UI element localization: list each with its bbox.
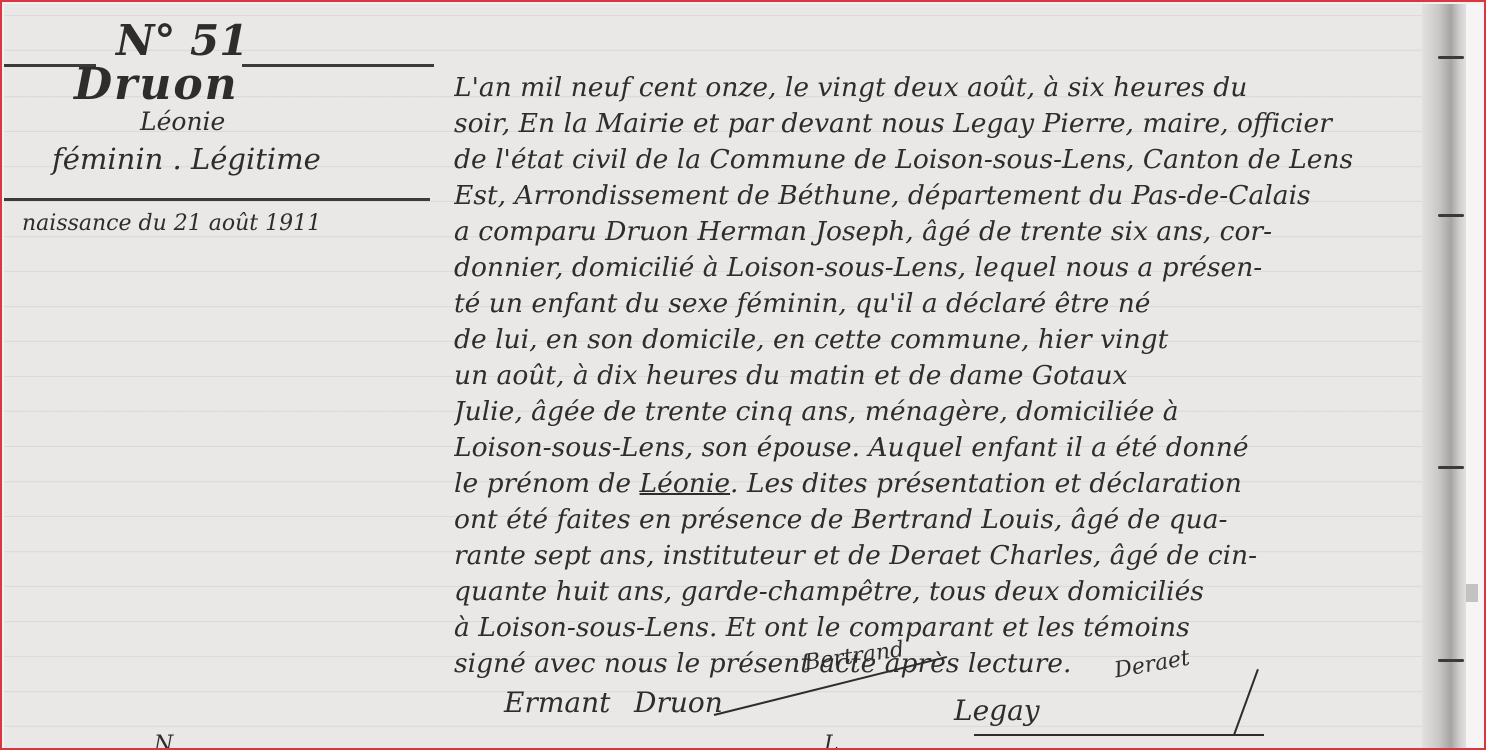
signature-legay-flourish [974, 734, 1264, 736]
prenom-prefix: le prénom de [454, 468, 640, 499]
record-sex-status: féminin . Légitime [52, 142, 321, 176]
prenom-name-underlined: Léonie [640, 468, 730, 499]
act-line: Est, Arrondissement de Béthune, départem… [454, 178, 1444, 214]
margin-column: N° 51 Druon Léonie féminin . Légitime na… [4, 4, 434, 750]
vertical-scrollbar[interactable] [1466, 4, 1482, 750]
act-line: donnier, domicilié à Loison-sous-Lens, l… [454, 250, 1444, 286]
act-line: rante sept ans, instituteur et de Deraet… [454, 538, 1444, 574]
next-record-text-partial: L [824, 732, 839, 750]
act-line: de l'état civil de la Commune de Loison-… [454, 142, 1444, 178]
act-line: de lui, en son domicile, en cette commun… [454, 322, 1444, 358]
act-line: L'an mil neuf cent onze, le vingt deux a… [454, 70, 1444, 106]
signature-legay: Legay [954, 694, 1040, 727]
next-record-number-partial: N [154, 732, 173, 750]
act-line: à Loison-sous-Lens. Et ont le comparant … [454, 610, 1444, 646]
birth-act-text: L'an mil neuf cent onze, le vingt deux a… [454, 70, 1444, 682]
binding-stitch-mark [1438, 659, 1464, 662]
binding-stitch-mark [1438, 466, 1464, 469]
register-page-scan: N° 51 Druon Léonie féminin . Légitime na… [4, 4, 1470, 750]
scrollbar-thumb[interactable] [1466, 584, 1478, 602]
record-surname: Druon [74, 59, 239, 110]
signature-ermant: Ermant [504, 686, 610, 719]
record-first-name: Léonie [140, 107, 225, 136]
page-binding-gutter [1422, 4, 1470, 750]
act-line: un août, à dix heures du matin et de dam… [454, 358, 1444, 394]
signature-final-stroke [1233, 669, 1259, 735]
prenom-suffix: . Les dites présentation et déclaration [730, 468, 1242, 499]
signature-druon: Druon [634, 686, 723, 719]
margin-rule-top-right [242, 64, 434, 67]
margin-rule-bottom [4, 198, 430, 201]
record-number: N° 51 [116, 16, 248, 65]
act-line-prenom: le prénom de Léonie. Les dites présentat… [454, 466, 1444, 502]
act-line: ont été faites en présence de Bertrand L… [454, 502, 1444, 538]
act-line: té un enfant du sexe féminin, qu'il a dé… [454, 286, 1444, 322]
signatures-block: Ermant Druon Bertrand Legay Deraet [474, 644, 1374, 750]
act-line: quante huit ans, garde-champêtre, tous d… [454, 574, 1444, 610]
document-viewer-frame: N° 51 Druon Léonie féminin . Légitime na… [0, 0, 1486, 750]
margin-birth-note: naissance du 21 août 1911 [22, 211, 321, 236]
binding-stitch-mark [1438, 56, 1464, 59]
binding-stitch-mark [1438, 214, 1464, 217]
act-line: Julie, âgée de trente cinq ans, ménagère… [454, 394, 1444, 430]
act-line: soir, En la Mairie et par devant nous Le… [454, 106, 1444, 142]
signature-deraet: Deraet [1112, 646, 1191, 684]
act-line: Loison-sous-Lens, son épouse. Auquel enf… [454, 430, 1444, 466]
act-line: a comparu Druon Herman Joseph, âgé de tr… [454, 214, 1444, 250]
